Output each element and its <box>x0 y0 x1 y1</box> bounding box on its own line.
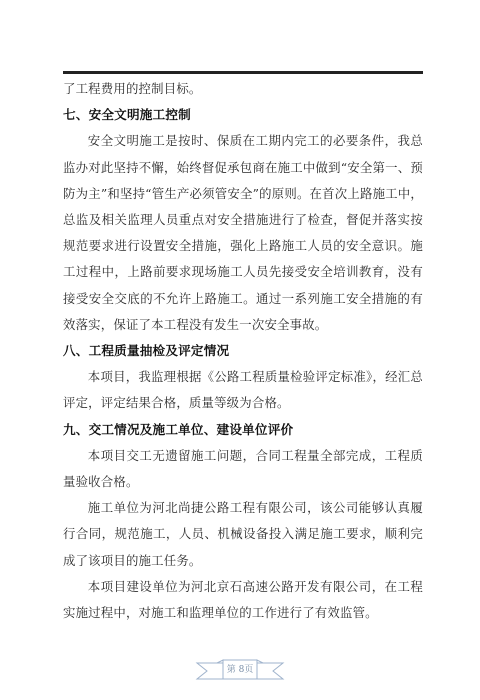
section-heading-7: 七、安全文明施工控制 <box>63 102 423 128</box>
paragraph-owner: 本项目建设单位为河北京石高速公路开发有限公司，在工程实施过程中，对施工和监理单位… <box>63 574 423 626</box>
section-heading-9: 九、交工情况及施工单位、建设单位评价 <box>63 417 423 443</box>
paragraph-contractor: 施工单位为河北尚捷公路工程有限公司，该公司能够认真履行合同，规范施工，人员、机械… <box>63 495 423 574</box>
paragraph-handover: 本项目交工无遗留施工问题，合同工程量全部完成，工程质量验收合格。 <box>63 443 423 495</box>
page-footer: 第 8页 <box>195 657 285 685</box>
paragraph-continuation: 了工程费用的控制目标。 <box>63 76 423 102</box>
paragraph-safety: 安全文明施工是按时、保质在工期内完工的必要条件，我总监办对此坚持不懈，始终督促承… <box>63 128 423 338</box>
paragraph-quality: 本项目，我监理根据《公路工程质量检验评定标准》，经汇总评定，评定结果合格，质量等… <box>63 364 423 416</box>
header-rule <box>63 71 423 74</box>
section-heading-8: 八、工程质量抽检及评定情况 <box>63 338 423 364</box>
document-body: 了工程费用的控制目标。 七、安全文明施工控制 安全文明施工是按时、保质在工期内完… <box>63 76 423 626</box>
page-number: 第 8页 <box>223 664 257 676</box>
